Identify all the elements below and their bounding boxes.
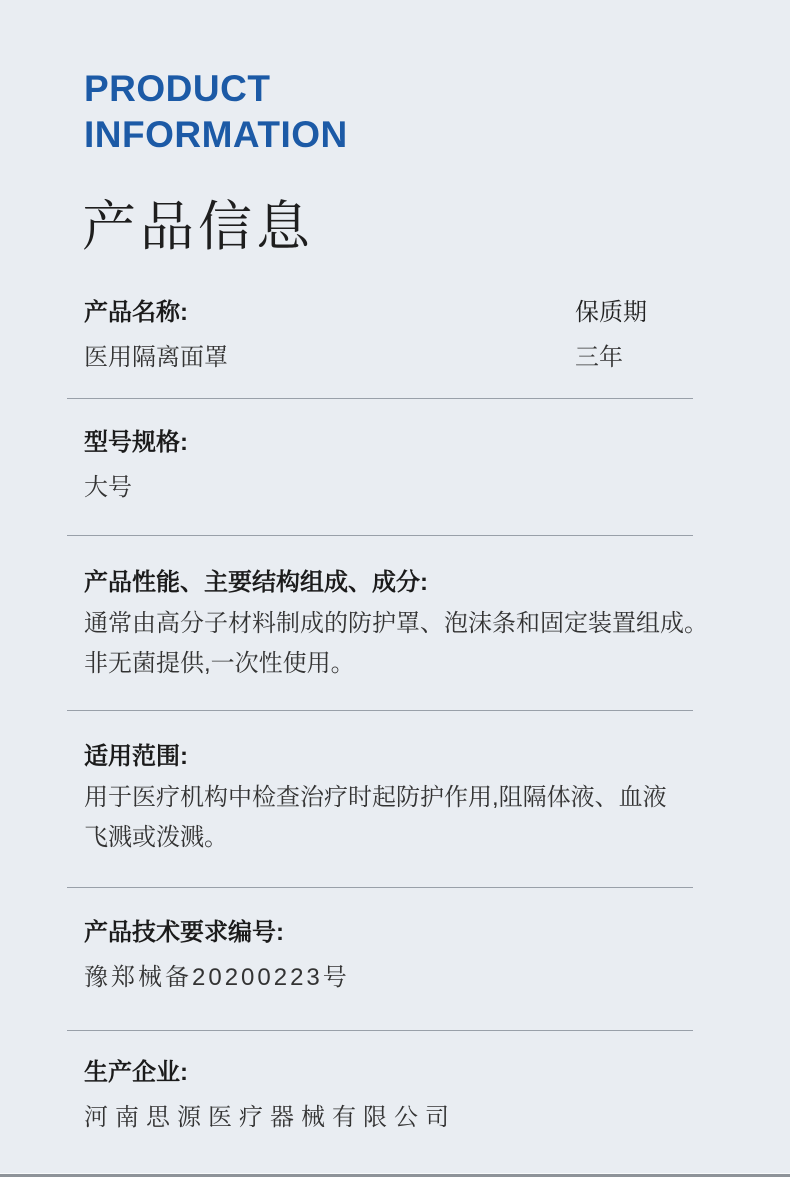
divider [67, 398, 693, 399]
product-name-value: 医用隔离面罩 [84, 341, 228, 375]
manufacturer-label: 生产企业: [84, 1056, 456, 1090]
divider [67, 887, 693, 888]
performance-composition-line1: 通常由高分子材料制成的防护罩、泡沫条和固定装置组成。 [84, 604, 708, 644]
product-information-page: PRODUCT INFORMATION 产品信息 产品名称: 医用隔离面罩 保质… [0, 0, 790, 1177]
english-title-line2: INFORMATION [84, 112, 348, 158]
technical-requirement-number-label: 产品技术要求编号: [84, 916, 350, 950]
divider [67, 1030, 693, 1031]
bottom-border-line [0, 1173, 790, 1177]
section-shelf-life: 保质期 三年 [575, 296, 647, 375]
section-model-spec: 型号规格: 大号 [84, 426, 188, 505]
scope-of-application-line1: 用于医疗机构中检查治疗时起防护作用,阻隔体液、血液 [84, 778, 667, 818]
product-name-label: 产品名称: [84, 296, 228, 330]
manufacturer-value: 河南思源医疗器械有限公司 [84, 1101, 456, 1135]
model-spec-label: 型号规格: [84, 426, 188, 460]
performance-composition-label: 产品性能、主要结构组成、成分: [84, 566, 708, 600]
section-performance-composition: 产品性能、主要结构组成、成分: 通常由高分子材料制成的防护罩、泡沫条和固定装置组… [84, 566, 708, 684]
section-technical-requirement-number: 产品技术要求编号: 豫郑械备20200223号 [84, 916, 350, 995]
shelf-life-value: 三年 [575, 341, 647, 375]
english-title-line1: PRODUCT [84, 66, 348, 112]
performance-composition-text: 通常由高分子材料制成的防护罩、泡沫条和固定装置组成。 非无菌提供,一次性使用。 [84, 604, 708, 684]
scope-of-application-line2: 飞溅或泼溅。 [84, 818, 667, 858]
section-scope-of-application: 适用范围: 用于医疗机构中检查治疗时起防护作用,阻隔体液、血液 飞溅或泼溅。 [84, 740, 667, 858]
divider [67, 535, 693, 536]
technical-requirement-number-value: 豫郑械备20200223号 [84, 961, 350, 995]
shelf-life-label: 保质期 [575, 296, 647, 330]
section-manufacturer: 生产企业: 河南思源医疗器械有限公司 [84, 1056, 456, 1135]
performance-composition-line2: 非无菌提供,一次性使用。 [84, 644, 708, 684]
divider [67, 710, 693, 711]
scope-of-application-text: 用于医疗机构中检查治疗时起防护作用,阻隔体液、血液 飞溅或泼溅。 [84, 778, 667, 858]
page-title: 产品信息 [82, 184, 314, 261]
section-product-name: 产品名称: 医用隔离面罩 [84, 296, 228, 375]
scope-of-application-label: 适用范围: [84, 740, 667, 774]
model-spec-value: 大号 [84, 471, 188, 505]
english-title: PRODUCT INFORMATION [84, 66, 348, 158]
